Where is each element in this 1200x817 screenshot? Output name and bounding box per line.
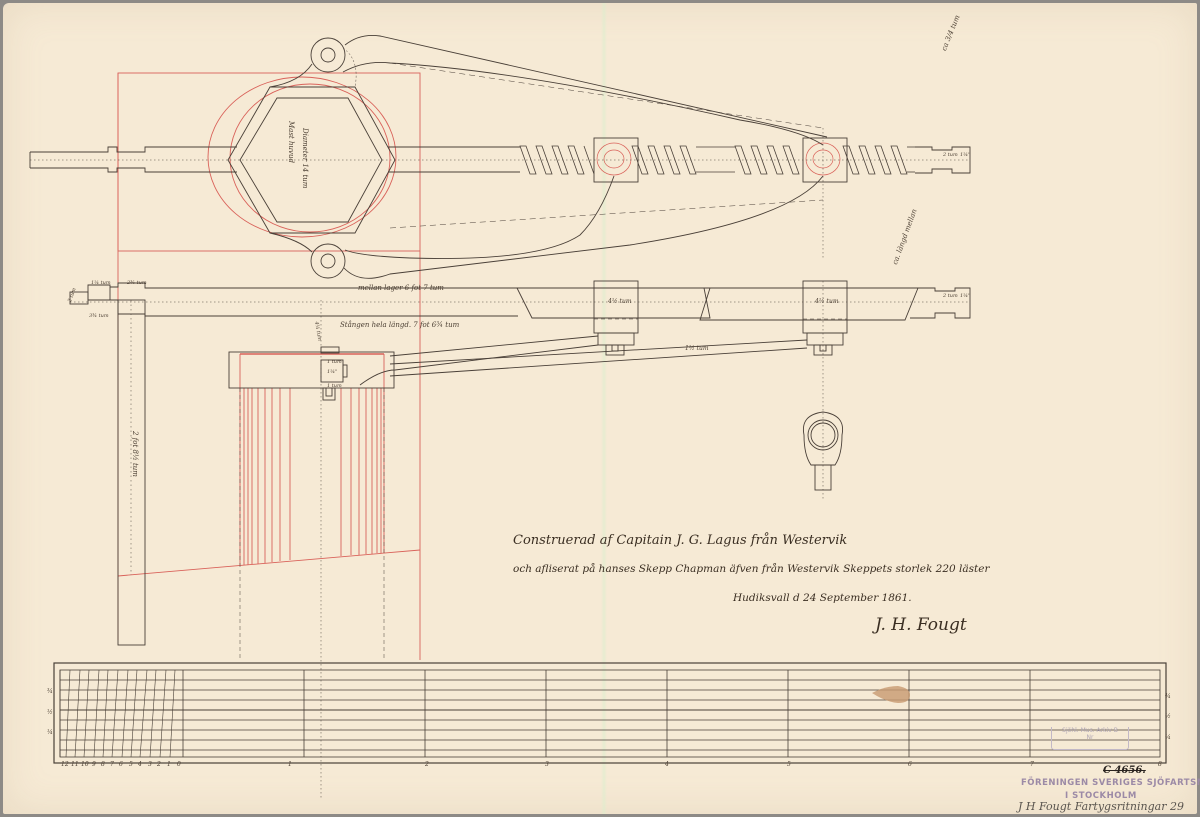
scale-tick-major: 2 [425, 761, 429, 768]
archive-stamp-line-1: Sjöhl. Mus. Arkiv B [1052, 727, 1128, 734]
scale-tick-major: 1 [288, 761, 292, 768]
scale-fraction-right-1-2: ½ [1165, 713, 1171, 720]
scale-tick-small: 3 [148, 761, 152, 768]
end-label-mid-2: 1¼" [960, 293, 970, 299]
block-label-3: 1 tum [327, 383, 342, 389]
scale-fraction-3-4: ¾ [47, 688, 53, 695]
signature-line-2: och afliserat på hanses Skepp Chapman äf… [513, 563, 990, 575]
scale-tick-small: 7 [110, 761, 114, 768]
scale-tick-major: 8 [1158, 761, 1162, 768]
red-construction-lines [118, 73, 420, 660]
pencil-note: J H Fougt Fartygsritningar 29 [1018, 800, 1184, 813]
upper-bar-length: mellan lager 6 fot 7 tum [358, 284, 444, 292]
stay-rod [360, 336, 807, 385]
ink-stain [872, 686, 910, 703]
scale-tick-small: 10 [81, 761, 89, 768]
museum-stamp-line-1: FÖRENINGEN SVERIGES SJÖFARTSMUSEUM [1021, 778, 1200, 788]
hexagon-label: Mast huvud [287, 121, 295, 163]
scale-tick-small: 1 [167, 761, 171, 768]
left-dim-2: 2¾ tum [127, 280, 147, 286]
end-label-top-2: 1¼" [960, 152, 970, 158]
rod-label: 1½ tum [685, 345, 709, 352]
left-dim-3: 3¾ tum [89, 313, 109, 319]
scale-tick-small: 0 [177, 761, 181, 768]
collar-label-left: 4½ tum [608, 298, 632, 305]
scale-fraction-right-1-4: ¼ [1165, 734, 1171, 741]
side-bar [70, 281, 970, 500]
archive-stamp: Sjöhl. Mus. Arkiv B Nr [1051, 727, 1129, 750]
drawing-sheet: Mast huvud Diameter 14 tum ca 3/4 tum ca… [3, 3, 1197, 814]
signature-line-1: Construerad af Capitain J. G. Lagus från… [513, 533, 847, 548]
scale-tick-major: 7 [1030, 761, 1034, 768]
mast-block [229, 300, 394, 800]
scale-fraction-right-3-4: ¾ [1165, 693, 1171, 700]
yoke-strap [270, 35, 827, 278]
scale-tick-major: 5 [787, 761, 791, 768]
scale-tick-small: 12 [61, 761, 69, 768]
scale-tick-small: 5 [129, 761, 133, 768]
archive-stamp-line-2: Nr [1052, 734, 1128, 741]
red-thread-sleeves [597, 143, 840, 175]
end-label-top: 2 tum [943, 152, 958, 158]
lower-bar-length: Stången hela längd. 7 fot 6¾ tum [340, 321, 459, 329]
scale-fraction-1-4: ¼ [47, 729, 53, 736]
collar-label-right: 4½ tum [815, 298, 839, 305]
scale-tick-small: 2 [157, 761, 161, 768]
catalog-number: C 4656. [1103, 765, 1146, 776]
scale-tick-small: 9 [92, 761, 96, 768]
left-dim-1: 1¼ tum [91, 280, 111, 286]
scale-fraction-1-2: ½ [47, 709, 53, 716]
scale-tick-small: 11 [71, 761, 79, 768]
signature-line-3: Hudiksvall d 24 September 1861. [733, 592, 912, 604]
scale-tick-major: 4 [665, 761, 669, 768]
block-label-1: 1 tum [327, 359, 342, 365]
technical-drawing [3, 3, 1197, 814]
scale-tick-small: 8 [101, 761, 105, 768]
end-label-mid: 2 tum [943, 293, 958, 299]
scale-tick-small: 6 [119, 761, 123, 768]
scale-tick-major: 3 [545, 761, 549, 768]
scale-bar [54, 663, 1166, 763]
hexagon-label-2: Diameter 14 tum [301, 128, 309, 188]
top-shaft [30, 128, 970, 260]
scale-tick-major: 6 [908, 761, 912, 768]
post-label: 2 fot 8½ tum [131, 431, 139, 477]
signature: J. H. Fougt [875, 615, 967, 635]
block-label-2: 1¼" [327, 369, 337, 375]
scale-tick-small: 4 [138, 761, 142, 768]
